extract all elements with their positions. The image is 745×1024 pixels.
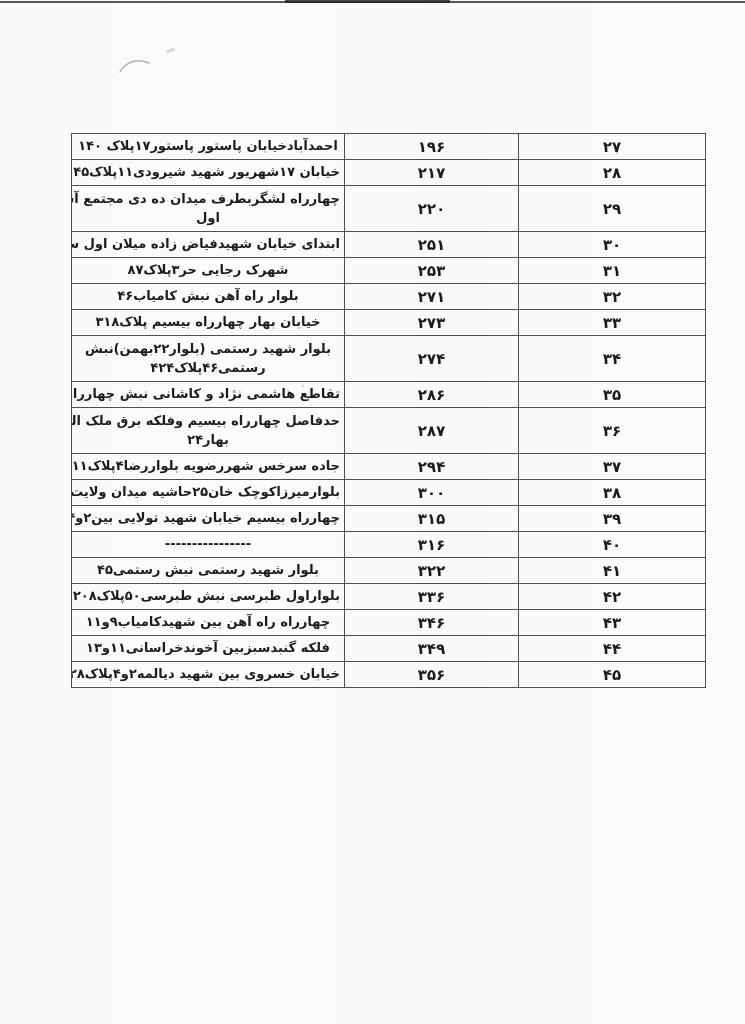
value-cell: ۳۱۵ [345, 506, 519, 532]
value-cell: ۲۷۴ [345, 336, 519, 382]
address-text: بلوار راه آهن نبش کامیاب۴۶ [76, 285, 340, 309]
table-row: ۲۸۲۱۷خیابان ۱۷شهریور شهید شیرودی۱۱پلاک۴۵ [72, 160, 706, 186]
address-cell: بلوار راه آهن نبش کامیاب۴۶ [72, 284, 345, 310]
scan-artifact-top-line-segment [285, 0, 450, 3]
address-cell: خیابان بهار چهارراه بیسیم پلاک۳۱۸ [72, 310, 345, 336]
table-row: ۳۰۲۵۱ابتدای خیابان شهیدفیاض زاده میلان ا… [72, 232, 706, 258]
row-number-cell: ۳۹ [519, 506, 706, 532]
row-number-cell: ۴۳ [519, 610, 706, 636]
table-row: ۳۶۲۸۷حدفاصل چهارراه بیسیم وفلکه برق ملک … [72, 408, 706, 454]
value-cell: ۲۱۷ [345, 160, 519, 186]
value-cell: ۳۳۶ [345, 584, 519, 610]
address-cell: شهرک رجایی حر۳پلاک۸۷ [72, 258, 345, 284]
address-text: ---------------- [76, 533, 340, 557]
address-text: بلوارمیرزاکوچک خان۲۵حاشیه میدان ولایت پل… [76, 481, 340, 505]
address-text: چهارراه راه آهن بین شهیدکامیاب۹و۱۱ [76, 611, 340, 635]
table-row: ۲۷۱۹۶احمدآبادخیابان پاستور پاستور۱۷پلاک … [72, 134, 706, 160]
address-text: خیابان ۱۷شهریور شهید شیرودی۱۱پلاک۴۵ [76, 161, 340, 185]
value-cell: ۳۴۹ [345, 636, 519, 662]
value-cell: ۱۹۶ [345, 134, 519, 160]
row-number-cell: ۴۲ [519, 584, 706, 610]
address-table: ۲۷۱۹۶احمدآبادخیابان پاستور پاستور۱۷پلاک … [71, 133, 706, 688]
address-text: تقاطع هاشمی نژاد و کاشانی نبش چهارراه عش… [76, 383, 340, 407]
value-cell: ۳۲۲ [345, 558, 519, 584]
address-cell: بلوارمیرزاکوچک خان۲۵حاشیه میدان ولایت پل… [72, 480, 345, 506]
address-cell: خیابان خسروی بین شهید دیالمه۲و۴پلاک۱۲۸ [72, 662, 345, 688]
table-row: ۳۸۳۰۰بلوارمیرزاکوچک خان۲۵حاشیه میدان ولا… [72, 480, 706, 506]
value-cell: ۳۰۰ [345, 480, 519, 506]
row-number-cell: ۳۰ [519, 232, 706, 258]
address-cell: چهارراه راه آهن بین شهیدکامیاب۹و۱۱ [72, 610, 345, 636]
table-row: ۲۹۲۲۰چهارراه لشگربطرف میدان ده دی مجتمع … [72, 186, 706, 232]
table-row: ۴۳۳۴۶چهارراه راه آهن بین شهیدکامیاب۹و۱۱ [72, 610, 706, 636]
row-number-cell: ۳۶ [519, 408, 706, 454]
pencil-smudge-mark [166, 48, 175, 54]
address-cell: بلوار شهید رستمی نبش رستمی۴۵ [72, 558, 345, 584]
scanned-page: ۲۷۱۹۶احمدآبادخیابان پاستور پاستور۱۷پلاک … [0, 0, 745, 1024]
table-row: ۳۵۲۸۶تقاطع هاشمی نژاد و کاشانی نبش چهارر… [72, 382, 706, 408]
table-row: ۳۱۲۵۳شهرک رجایی حر۳پلاک۸۷ [72, 258, 706, 284]
row-number-cell: ۳۷ [519, 454, 706, 480]
address-cell: جاده سرخس شهررضویه بلواررضا۴پلاک۱۱ [72, 454, 345, 480]
address-cell: بلواراول طبرسی نبش طبرسی۵۰پلاک۱۲۰۸ [72, 584, 345, 610]
address-text: احمدآبادخیابان پاستور پاستور۱۷پلاک ۱۴۰ [76, 135, 340, 159]
table-row: ۴۵۳۵۶خیابان خسروی بین شهید دیالمه۲و۴پلاک… [72, 662, 706, 688]
value-cell: ۲۷۳ [345, 310, 519, 336]
address-line: بلوار شهید رستمی (بلوار۲۲بهمن)نبش [76, 340, 340, 359]
address-text: بلوار شهید رستمی نبش رستمی۴۵ [76, 559, 340, 583]
row-number-cell: ۴۱ [519, 558, 706, 584]
value-cell: ۲۷۱ [345, 284, 519, 310]
address-cell: ---------------- [72, 532, 345, 558]
address-line: اول [76, 209, 340, 228]
address-text: خیابان خسروی بین شهید دیالمه۲و۴پلاک۱۲۸ [76, 663, 340, 687]
table-row: ۴۰۳۱۶---------------- [72, 532, 706, 558]
address-text: جاده سرخس شهررضویه بلواررضا۴پلاک۱۱ [76, 455, 340, 479]
row-number-cell: ۲۷ [519, 134, 706, 160]
address-text: بلواراول طبرسی نبش طبرسی۵۰پلاک۱۲۰۸ [76, 585, 340, 609]
table-row: ۴۱۳۲۲بلوار شهید رستمی نبش رستمی۴۵ [72, 558, 706, 584]
address-text: فلکه گنبدسبزبین آخوندخراسانی۱۱و۱۳ [76, 637, 340, 661]
row-number-cell: ۳۲ [519, 284, 706, 310]
address-cell: چهارراه لشگربطرف میدان ده دی مجتمع آسیاط… [72, 186, 345, 232]
table-row: ۴۴۳۴۹فلکه گنبدسبزبین آخوندخراسانی۱۱و۱۳ [72, 636, 706, 662]
address-cell: احمدآبادخیابان پاستور پاستور۱۷پلاک ۱۴۰ [72, 134, 345, 160]
address-cell: بلوار شهید رستمی (بلوار۲۲بهمن)نبشرستمی۴۶… [72, 336, 345, 382]
value-cell: ۲۵۱ [345, 232, 519, 258]
row-number-cell: ۳۳ [519, 310, 706, 336]
value-cell: ۳۴۶ [345, 610, 519, 636]
row-number-cell: ۴۴ [519, 636, 706, 662]
row-number-cell: ۳۸ [519, 480, 706, 506]
address-text: ابتدای خیابان شهیدفیاض زاده میلان اول سم… [76, 233, 340, 257]
address-cell: حدفاصل چهارراه بیسیم وفلکه برق ملک الشعر… [72, 408, 345, 454]
value-cell: ۲۸۷ [345, 408, 519, 454]
pencil-squiggle-mark [118, 56, 152, 76]
row-number-cell: ۳۱ [519, 258, 706, 284]
row-number-cell: ۳۵ [519, 382, 706, 408]
value-cell: ۲۹۴ [345, 454, 519, 480]
value-cell: ۳۱۶ [345, 532, 519, 558]
table-row: ۳۹۳۱۵چهارراه بیسیم خیابان شهید تولایی بی… [72, 506, 706, 532]
address-line: چهارراه لشگربطرف میدان ده دی مجتمع آسیاط… [76, 190, 340, 209]
table-row: ۴۲۳۳۶بلواراول طبرسی نبش طبرسی۵۰پلاک۱۲۰۸ [72, 584, 706, 610]
table-row: ۳۲۲۷۱بلوار راه آهن نبش کامیاب۴۶ [72, 284, 706, 310]
address-cell: ابتدای خیابان شهیدفیاض زاده میلان اول سم… [72, 232, 345, 258]
row-number-cell: ۳۴ [519, 336, 706, 382]
address-text: چهارراه بیسیم خیابان شهید تولایی بین۲و۴ [76, 507, 340, 531]
table-row: ۳۷۲۹۴جاده سرخس شهررضویه بلواررضا۴پلاک۱۱ [72, 454, 706, 480]
address-line: رستمی۴۶پلاک۴۲۴ [76, 359, 340, 378]
value-cell: ۲۵۳ [345, 258, 519, 284]
row-number-cell: ۲۸ [519, 160, 706, 186]
address-cell: خیابان ۱۷شهریور شهید شیرودی۱۱پلاک۴۵ [72, 160, 345, 186]
table-row: ۳۴۲۷۴بلوار شهید رستمی (بلوار۲۲بهمن)نبشرس… [72, 336, 706, 382]
row-number-cell: ۴۰ [519, 532, 706, 558]
row-number-cell: ۴۵ [519, 662, 706, 688]
address-table-body: ۲۷۱۹۶احمدآبادخیابان پاستور پاستور۱۷پلاک … [72, 134, 706, 688]
address-cell: فلکه گنبدسبزبین آخوندخراسانی۱۱و۱۳ [72, 636, 345, 662]
table-row: ۳۳۲۷۳خیابان بهار چهارراه بیسیم پلاک۳۱۸ [72, 310, 706, 336]
address-line: حدفاصل چهارراه بیسیم وفلکه برق ملک الشعر… [76, 412, 340, 431]
address-line: بهار۲۴ [76, 431, 340, 450]
value-cell: ۳۵۶ [345, 662, 519, 688]
address-cell: تقاطع هاشمی نژاد و کاشانی نبش چهارراه عش… [72, 382, 345, 408]
value-cell: ۲۸۶ [345, 382, 519, 408]
address-text: شهرک رجایی حر۳پلاک۸۷ [76, 259, 340, 283]
row-number-cell: ۲۹ [519, 186, 706, 232]
address-text: خیابان بهار چهارراه بیسیم پلاک۳۱۸ [76, 311, 340, 335]
address-cell: چهارراه بیسیم خیابان شهید تولایی بین۲و۴ [72, 506, 345, 532]
value-cell: ۲۲۰ [345, 186, 519, 232]
